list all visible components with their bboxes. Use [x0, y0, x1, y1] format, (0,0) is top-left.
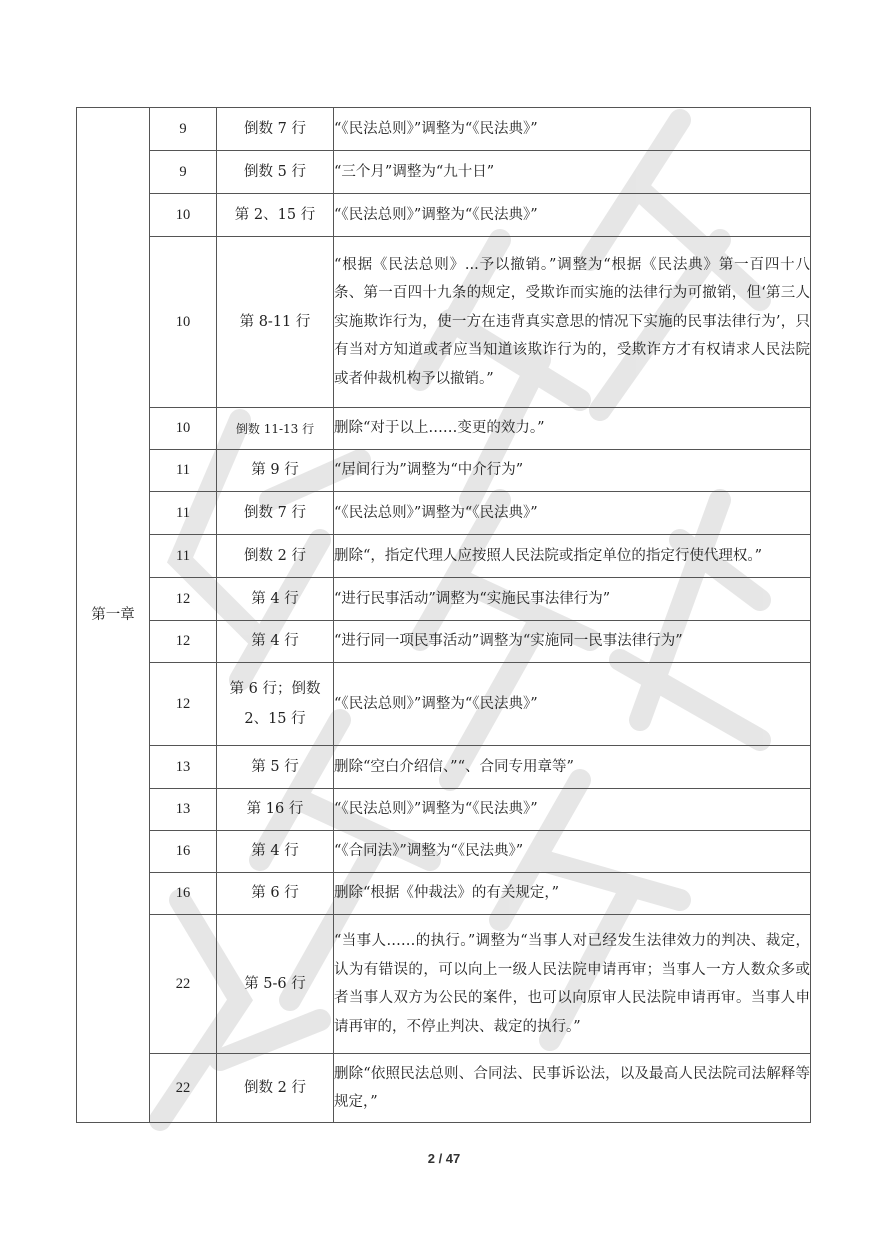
- line-location-cell: 倒数 2 行: [217, 535, 334, 578]
- table-row: 12第 4 行“进行民事活动”调整为“实施民事法律行为”: [77, 578, 811, 621]
- page-number-cell: 9: [150, 151, 217, 194]
- change-description-cell: “《民法总则》”调整为“《民法典》”: [334, 194, 811, 237]
- line-location-cell: 第 16 行: [217, 789, 334, 831]
- page-number-cell: 10: [150, 194, 217, 237]
- change-description-cell: “进行同一项民事活动”调整为“实施同一民事法律行为”: [334, 621, 811, 663]
- change-description-cell: “根据《民法总则》...予以撤销。”调整为“根据《民法典》第一百四十八条、第一百…: [334, 237, 811, 408]
- errata-table-body: 第一章9倒数 7 行“《民法总则》”调整为“《民法典》”9倒数 5 行“三个月”…: [77, 108, 811, 1123]
- table-row: 11第 9 行“居间行为”调整为“中介行为”: [77, 450, 811, 492]
- page-indicator: 2 / 47: [0, 1151, 888, 1166]
- change-description-cell: “进行民事活动”调整为“实施民事法律行为”: [334, 578, 811, 621]
- table-row: 10第 8-11 行“根据《民法总则》...予以撤销。”调整为“根据《民法典》第…: [77, 237, 811, 408]
- change-description-cell: “三个月”调整为“九十日”: [334, 151, 811, 194]
- page-number-cell: 11: [150, 450, 217, 492]
- change-description-cell: “《民法总则》”调整为“《民法典》”: [334, 663, 811, 746]
- change-description-cell: “《民法总则》”调整为“《民法典》”: [334, 492, 811, 535]
- table-row: 12第 6 行；倒数 2、15 行“《民法总则》”调整为“《民法典》”: [77, 663, 811, 746]
- table-row: 13第 5 行删除“空白介绍信、”“、合同专用章等”: [77, 746, 811, 789]
- line-location-cell: 倒数 7 行: [217, 108, 334, 151]
- page-number-cell: 22: [150, 915, 217, 1054]
- page-number-cell: 22: [150, 1054, 217, 1123]
- change-description-cell: “《民法总则》”调整为“《民法典》”: [334, 789, 811, 831]
- page-number-cell: 10: [150, 408, 217, 450]
- change-description-cell: “当事人……的执行。”调整为“当事人对已经发生法律效力的判决、裁定，认为有错误的…: [334, 915, 811, 1054]
- change-description-cell: “《民法总则》”调整为“《民法典》”: [334, 108, 811, 151]
- change-description-cell: 删除“对于以上……变更的效力。”: [334, 408, 811, 450]
- change-description-cell: “《合同法》”调整为“《民法典》”: [334, 831, 811, 873]
- line-location-cell: 第 5 行: [217, 746, 334, 789]
- table-row: 11倒数 2 行删除“，指定代理人应按照人民法院或指定单位的指定行使代理权。”: [77, 535, 811, 578]
- table-row: 10第 2、15 行“《民法总则》”调整为“《民法典》”: [77, 194, 811, 237]
- page-number-cell: 16: [150, 873, 217, 915]
- page-number-cell: 9: [150, 108, 217, 151]
- line-location-cell: 倒数 7 行: [217, 492, 334, 535]
- change-description-cell: “居间行为”调整为“中介行为”: [334, 450, 811, 492]
- table-row: 9倒数 5 行“三个月”调整为“九十日”: [77, 151, 811, 194]
- line-location-cell: 第 4 行: [217, 621, 334, 663]
- page-number-cell: 16: [150, 831, 217, 873]
- page-number-cell: 12: [150, 621, 217, 663]
- errata-table: 第一章9倒数 7 行“《民法总则》”调整为“《民法典》”9倒数 5 行“三个月”…: [76, 107, 811, 1123]
- table-row: 22倒数 2 行删除“依照民法总则、合同法、民事诉讼法，以及最高人民法院司法解释…: [77, 1054, 811, 1123]
- page-number-cell: 12: [150, 663, 217, 746]
- table-row: 12第 4 行“进行同一项民事活动”调整为“实施同一民事法律行为”: [77, 621, 811, 663]
- line-location-cell: 倒数 11-13 行: [217, 408, 334, 450]
- line-location-cell: 第 6 行；倒数 2、15 行: [217, 663, 334, 746]
- table-row: 第一章9倒数 7 行“《民法总则》”调整为“《民法典》”: [77, 108, 811, 151]
- table-row: 16第 6 行删除“根据《仲裁法》的有关规定，”: [77, 873, 811, 915]
- change-description-cell: 删除“根据《仲裁法》的有关规定，”: [334, 873, 811, 915]
- page-number-cell: 12: [150, 578, 217, 621]
- table-row: 16第 4 行“《合同法》”调整为“《民法典》”: [77, 831, 811, 873]
- line-location-cell: 第 5-6 行: [217, 915, 334, 1054]
- line-location-cell: 第 9 行: [217, 450, 334, 492]
- page-number-cell: 10: [150, 237, 217, 408]
- line-location-cell: 第 6 行: [217, 873, 334, 915]
- table-row: 13第 16 行“《民法总则》”调整为“《民法典》”: [77, 789, 811, 831]
- page-number-cell: 11: [150, 535, 217, 578]
- page-number-cell: 13: [150, 746, 217, 789]
- change-description-cell: 删除“，指定代理人应按照人民法院或指定单位的指定行使代理权。”: [334, 535, 811, 578]
- page-number-cell: 11: [150, 492, 217, 535]
- line-location-cell: 第 2、15 行: [217, 194, 334, 237]
- line-location-cell: 第 4 行: [217, 578, 334, 621]
- table-row: 11倒数 7 行“《民法总则》”调整为“《民法典》”: [77, 492, 811, 535]
- change-description-cell: 删除“空白介绍信、”“、合同专用章等”: [334, 746, 811, 789]
- table-row: 10倒数 11-13 行删除“对于以上……变更的效力。”: [77, 408, 811, 450]
- line-location-cell: 第 8-11 行: [217, 237, 334, 408]
- page-number-cell: 13: [150, 789, 217, 831]
- table-row: 22第 5-6 行“当事人……的执行。”调整为“当事人对已经发生法律效力的判决、…: [77, 915, 811, 1054]
- change-description-cell: 删除“依照民法总则、合同法、民事诉讼法，以及最高人民法院司法解释等规定，”: [334, 1054, 811, 1123]
- line-location-cell: 倒数 2 行: [217, 1054, 334, 1123]
- chapter-cell: 第一章: [77, 108, 150, 1123]
- line-location-cell: 第 4 行: [217, 831, 334, 873]
- line-location-cell: 倒数 5 行: [217, 151, 334, 194]
